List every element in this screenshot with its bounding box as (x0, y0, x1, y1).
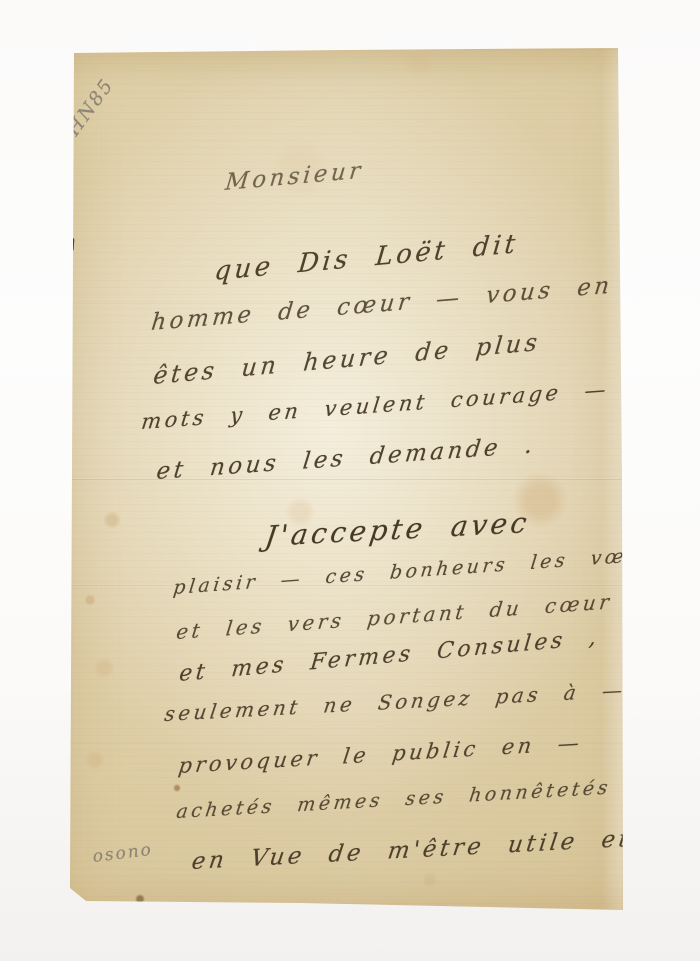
foxing-stain (84, 594, 96, 606)
foxing-stain (422, 872, 438, 888)
foxing-stain (515, 75, 605, 165)
foxing-stain (173, 784, 181, 792)
foxing-stain (93, 657, 115, 679)
foxing-stain (135, 894, 145, 904)
foxing-stain (404, 46, 436, 78)
left-edge-dark-nick (69, 238, 75, 251)
foxing-stain (85, 750, 105, 770)
foxing-stain (103, 511, 121, 529)
letter-photograph: HN85 osono Monsieurque Dis Loët dithomme… (0, 0, 700, 961)
letter-paper: HN85 osono Monsieurque Dis Loët dithomme… (0, 0, 700, 961)
